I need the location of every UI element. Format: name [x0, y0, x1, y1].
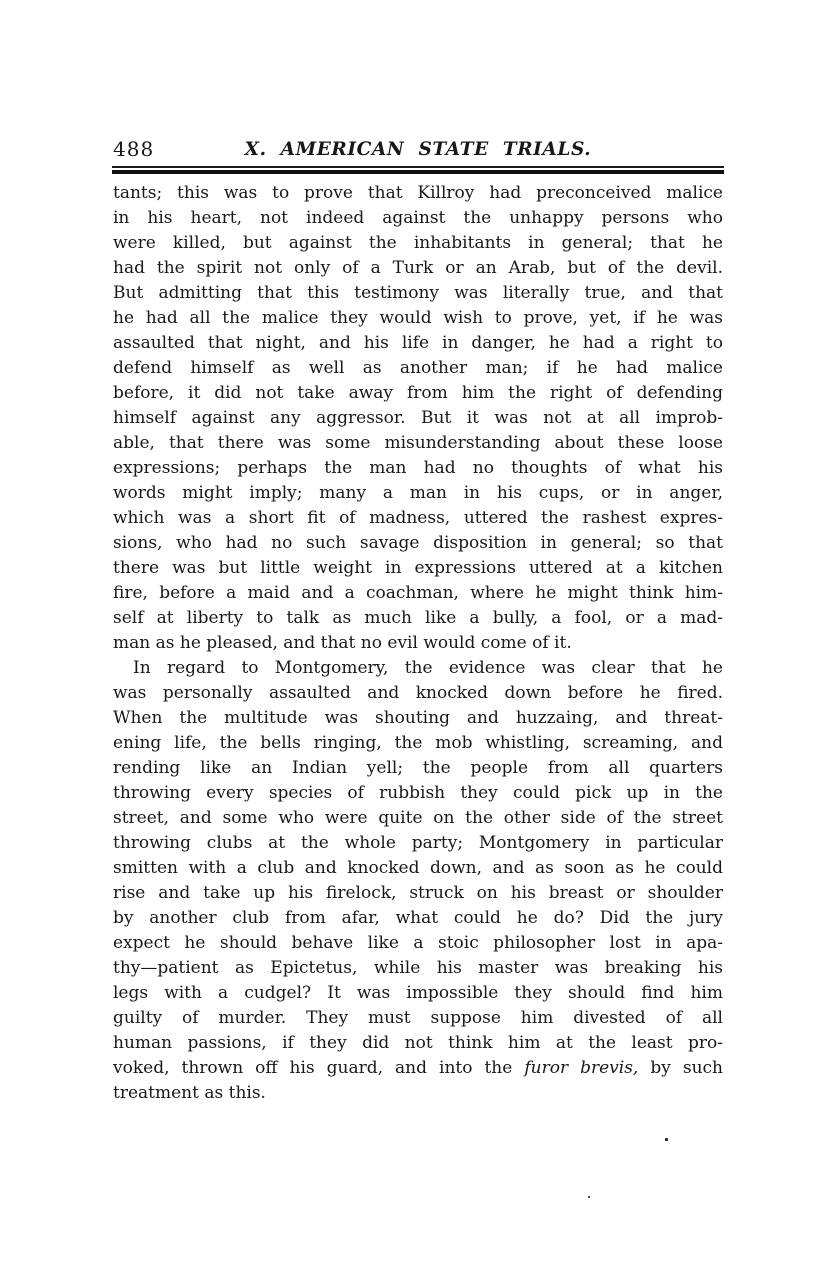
text-line: expect he should behave like a stoic phi…	[113, 931, 723, 956]
header-rule-thick-line	[112, 170, 724, 174]
text-line: were killed, but against the inhabitants…	[113, 231, 723, 256]
text-line: street, and some who were quite on the o…	[113, 806, 723, 831]
text-line: smitten with a club and knocked down, an…	[113, 856, 723, 881]
text-line: fire, before a maid and a coachman, wher…	[113, 581, 723, 606]
header-rule	[112, 166, 724, 174]
text-line: rise and take up his firelock, struck on…	[113, 881, 723, 906]
text-line-paragraph-start: In regard to Montgomery, the evidence wa…	[113, 656, 723, 681]
text-line: sions, who had no such savage dispositio…	[113, 531, 723, 556]
book-page: { "header": { "page_number": "488", "run…	[0, 0, 836, 1284]
text-line: ening life, the bells ringing, the mob w…	[113, 731, 723, 756]
scan-artifact-dot	[665, 1138, 668, 1141]
text-line: expressions; perhaps the man had no thou…	[113, 456, 723, 481]
text-line: assaulted that night, and his life in da…	[113, 331, 723, 356]
text-line: thy—patient as Epictetus, while his mast…	[113, 956, 723, 981]
text-line: had the spirit not only of a Turk or an …	[113, 256, 723, 281]
text-line: in his heart, not indeed against the unh…	[113, 206, 723, 231]
text-line: rending like an Indian yell; the people …	[113, 756, 723, 781]
text-line: before, it did not take away from him th…	[113, 381, 723, 406]
text-segment: by such	[638, 1058, 723, 1078]
text-line: words might imply; many a man in his cup…	[113, 481, 723, 506]
text-line-paragraph-end: treatment as this.	[113, 1081, 723, 1106]
text-line: self at liberty to talk as much like a b…	[113, 606, 723, 631]
text-line: able, that there was some misunderstandi…	[113, 431, 723, 456]
text-segment: voked, thrown off his guard, and into th…	[113, 1058, 524, 1078]
text-line: he had all the malice they would wish to…	[113, 306, 723, 331]
text-line-with-italic: voked, thrown off his guard, and into th…	[113, 1056, 723, 1081]
running-header-title: X. AMERICAN STATE TRIALS.	[113, 139, 723, 160]
text-line-paragraph-end: man as he pleased, and that no evil woul…	[113, 631, 723, 656]
page-body-text: tants; this was to prove that Killroy ha…	[113, 181, 723, 1106]
text-line: defend himself as well as another man; i…	[113, 356, 723, 381]
text-line: throwing clubs at the whole party; Montg…	[113, 831, 723, 856]
text-line: When the multitude was shouting and huzz…	[113, 706, 723, 731]
latin-phrase-italic: furor brevis,	[524, 1058, 638, 1078]
text-line: by another club from afar, what could he…	[113, 906, 723, 931]
text-line: throwing every species of rubbish they c…	[113, 781, 723, 806]
text-line: himself against any aggressor. But it wa…	[113, 406, 723, 431]
text-line: human passions, if they did not think hi…	[113, 1031, 723, 1056]
scan-artifact-dot	[588, 1196, 590, 1198]
text-line: legs with a cudgel? It was impossible th…	[113, 981, 723, 1006]
text-line: there was but little weight in expressio…	[113, 556, 723, 581]
text-line: guilty of murder. They must suppose him …	[113, 1006, 723, 1031]
text-line: tants; this was to prove that Killroy ha…	[113, 181, 723, 206]
text-line: was personally assaulted and knocked dow…	[113, 681, 723, 706]
text-line: which was a short fit of madness, uttere…	[113, 506, 723, 531]
text-line: But admitting that this testimony was li…	[113, 281, 723, 306]
